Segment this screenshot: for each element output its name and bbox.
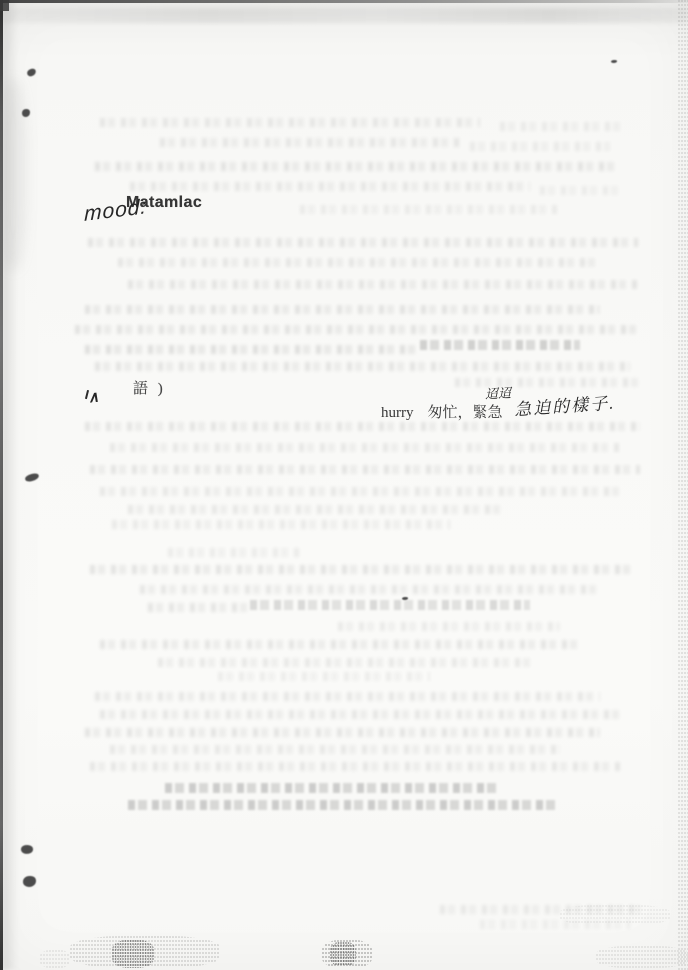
scan-noise-right-edge — [678, 0, 688, 970]
scan-noise-patch — [40, 950, 70, 968]
bleedthrough-text-line — [165, 783, 500, 793]
bleedthrough-text-line — [455, 378, 640, 387]
bleedthrough-text-line — [128, 280, 640, 289]
ink-blot-mark — [24, 472, 39, 482]
bleedthrough-text-line — [160, 138, 460, 147]
bleedthrough-text-line — [128, 800, 556, 810]
handwritten-insertion-caret: ∧ — [87, 387, 100, 406]
ink-blot-mark — [20, 844, 33, 855]
printed-hurry-gloss: 匆忙，緊急 — [428, 405, 503, 421]
printed-word-hurry: hurry — [381, 405, 414, 421]
handwritten-after-gloss: 急迫的樣子. — [513, 388, 616, 420]
handwritten-mood-note: mood: — [84, 195, 147, 227]
scan-noise-patch — [560, 905, 670, 925]
bleedthrough-text-line — [85, 305, 600, 314]
bleedthrough-text-line — [100, 118, 480, 127]
scan-noise-patch — [330, 942, 356, 966]
scan-noise-patch — [112, 940, 154, 968]
printed-go-fragment: 語 ) — [133, 377, 163, 398]
bleedthrough-text-line — [218, 672, 430, 681]
bleedthrough-text-line — [130, 182, 530, 191]
bleedthrough-text-line — [90, 762, 620, 771]
bleedthrough-text-line — [95, 362, 630, 371]
ink-blot-mark — [26, 68, 37, 78]
dictionary-entry-hurry: hurry匆忙，緊急 — [381, 401, 503, 422]
ink-blot-mark — [22, 109, 30, 117]
bleedthrough-text-line — [158, 658, 530, 667]
bleedthrough-text-line — [90, 465, 640, 474]
bleedthrough-text-line — [338, 622, 560, 631]
bleedthrough-text-line — [540, 186, 620, 195]
scan-gray-band — [0, 8, 688, 23]
scan-corner-block — [0, 0, 9, 11]
bleedthrough-text-line — [110, 745, 560, 754]
bleedthrough-text-line — [75, 325, 640, 334]
bleedthrough-text-line — [85, 422, 640, 431]
bleedthrough-text-line — [95, 162, 620, 171]
bleedthrough-text-line — [168, 548, 300, 557]
bleedthrough-text-line — [110, 443, 620, 452]
bleedthrough-text-line — [118, 258, 598, 267]
bleedthrough-text-line — [100, 710, 620, 719]
ink-blot-mark — [23, 876, 36, 887]
bleedthrough-text-line — [148, 603, 248, 612]
bleedthrough-text-line — [95, 692, 600, 701]
bleedthrough-text-line — [85, 728, 600, 737]
bleedthrough-text-line — [112, 520, 450, 529]
bleedthrough-text-line — [140, 585, 600, 594]
ink-blot-mark — [611, 60, 617, 63]
bleedthrough-text-line — [470, 142, 610, 151]
scan-top-edge-line — [0, 0, 688, 3]
bleedthrough-text-line — [420, 340, 580, 350]
scanned-page: Matamlac 語 ) hurry匆忙，緊急 mood: ∧ 迢迢 急迫的樣子… — [0, 0, 688, 970]
bleedthrough-text-line — [300, 205, 560, 214]
bleedthrough-text-line — [128, 505, 500, 514]
bleedthrough-text-line — [85, 345, 420, 354]
paper-smudge — [0, 80, 26, 270]
scan-noise-patch — [596, 946, 688, 968]
bleedthrough-text-line — [500, 122, 620, 131]
bleedthrough-text-line — [100, 640, 580, 649]
bleedthrough-text-line — [250, 600, 530, 610]
bleedthrough-text-line — [100, 487, 620, 496]
bleedthrough-text-line — [88, 238, 638, 247]
bleedthrough-text-line — [90, 565, 630, 574]
